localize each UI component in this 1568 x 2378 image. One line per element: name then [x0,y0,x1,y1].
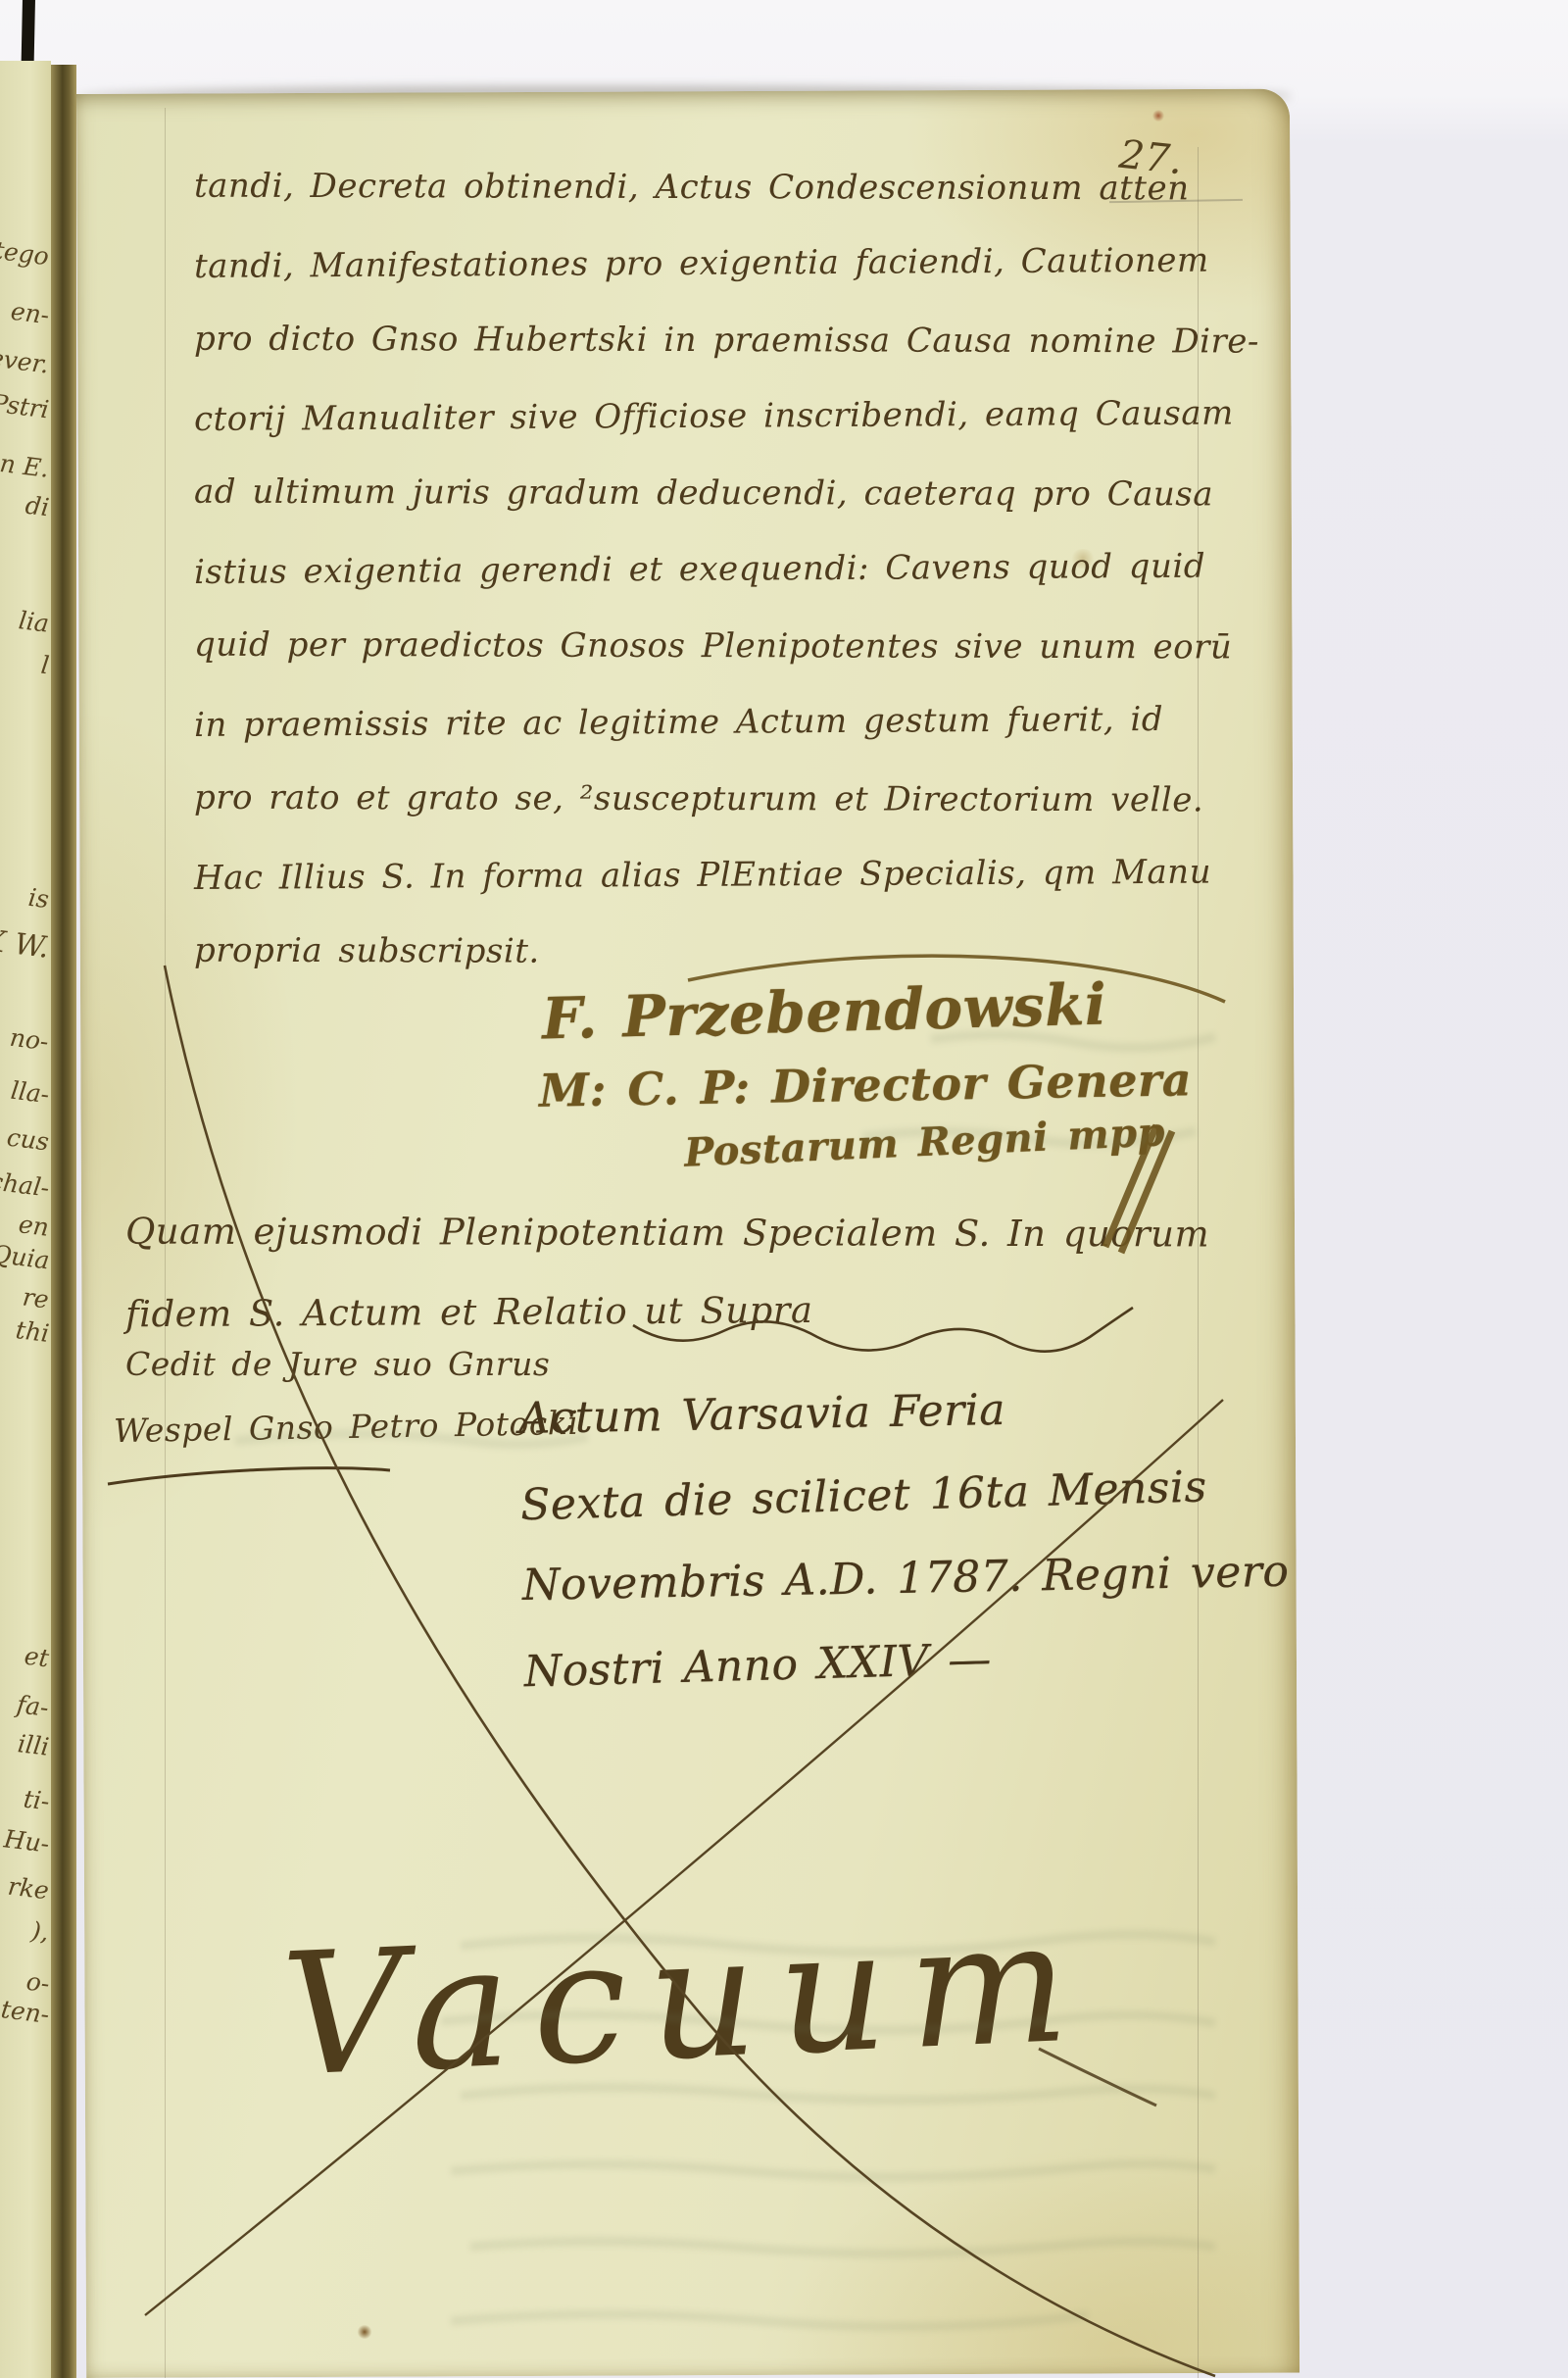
ink-stain [357,2325,372,2339]
margin-fragment: X W. [0,923,51,966]
previous-page-edge: tego en- ever. Pstri en E. di lia l is X… [0,61,51,2378]
margin-fragment: en E. [0,447,51,483]
scanned-manuscript-page: { "document": { "page_number": "27.", "b… [0,0,1568,2378]
date-block: Actum Varsavia Feria Sexta die scilicet … [518,1362,1270,1711]
margin-fragment: l [39,651,50,680]
binding-gutter [51,65,76,2378]
ink-stain [1152,110,1164,122]
margin-fragment: en [17,1210,50,1242]
manuscript-line: Hac Illius S. In forma alias PlEntiae Sp… [194,834,1154,917]
manuscript-line: istius exigentia gerendi et exequendi: C… [194,528,1154,611]
margin-fragment: di [24,491,50,522]
margin-fragment: is [26,883,50,914]
manuscript-line: pro rato et grato se, ²suscepturum et Di… [194,760,1154,839]
manuscript-line: pro dicto Gnso Hubertski in praemissa Ca… [194,301,1154,380]
cession-note-line: Cedit de Jure suo Gnrus [125,1345,550,1383]
main-paragraph: tandi, Decreta obtinendi, Actus Condesce… [194,149,1154,990]
margin-fragment: ten- [0,1995,51,2029]
margin-fragment: lla- [9,1076,51,1110]
margin-fragment: thi [14,1315,50,1348]
margin-fragment: et [23,1642,50,1673]
manuscript-line: ad ultimum juris gradum deducendi, caete… [194,454,1154,533]
cession-note-line: Wespel Gnso Petro Potocki [114,1404,579,1450]
manuscript-line: tandi, Decreta obtinendi, Actus Condesce… [194,148,1154,227]
margin-fragment: fa- [16,1690,51,1722]
margin-fragment: ever. [0,343,51,378]
margin-fragment: rke [6,1872,50,1906]
margin-fragment: illi [16,1729,50,1761]
manuscript-line: quid per praedictos Gnosos Plenipotentes… [194,607,1154,686]
margin-fragment: o- [24,1967,51,1999]
margin-fragment: ti- [22,1784,51,1815]
margin-fragment: en- [9,297,51,330]
manuscript-line: in praemissis rite ac legitime Actum ges… [194,681,1154,764]
margin-fragment: cus [5,1122,50,1156]
manuscript-line: tandi, Manifestationes pro exigentia fac… [194,223,1154,305]
closing-paragraph: Quam ejusmodi Plenipotentiam Specialem S… [125,1194,1184,1351]
margin-fragment: re [22,1282,51,1313]
margin-fragment: Hu- [2,1824,51,1858]
manuscript-line: Quam ejusmodi Plenipotentiam Specialem S… [125,1193,1184,1274]
vacuum-cancellation-word: Vacuum [278,1882,1094,2114]
manuscript-line: fidem S. Actum et Relatio ut Supra [125,1269,1184,1355]
margin-fragment: tego [0,236,51,272]
margin-fragment: Quia [0,1239,51,1274]
margin-fragment: no- [9,1023,51,1057]
margin-fragment: ), [30,1916,51,1947]
margin-fragment: Pstri [0,389,51,424]
manuscript-line: ctorij Manualiter sive Officiose inscrib… [194,375,1154,458]
margin-fragment: chal- [0,1166,51,1202]
margin-fragment: lia [17,606,50,638]
